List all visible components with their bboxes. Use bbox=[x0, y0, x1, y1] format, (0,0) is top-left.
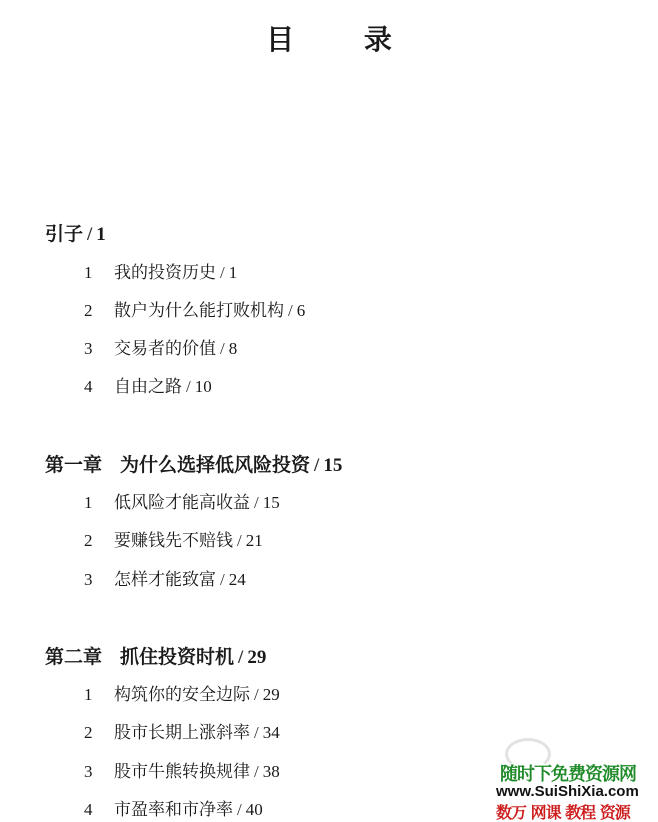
toc-item[interactable]: 4市盈率和市净率/40 bbox=[84, 795, 263, 820]
toc-item[interactable]: 1低风险才能高收益/15 bbox=[84, 488, 280, 513]
item-number: 2 bbox=[84, 723, 114, 743]
item-number: 1 bbox=[84, 493, 114, 513]
separator: / bbox=[237, 800, 242, 819]
item-number: 3 bbox=[84, 762, 114, 782]
separator: / bbox=[87, 224, 92, 245]
item-title: 股市牛熊转换规律 bbox=[114, 762, 250, 782]
toc-item[interactable]: 2要赚钱先不赔钱/21 bbox=[84, 526, 263, 551]
toc-item[interactable]: 3怎样才能致富/24 bbox=[84, 565, 246, 590]
item-title: 散户为什么能打败机构 bbox=[114, 301, 284, 321]
item-title: 股市长期上涨斜率 bbox=[114, 723, 250, 743]
chapter-name: 为什么选择低风险投资 bbox=[120, 454, 310, 476]
page-title: 目 录 bbox=[0, 18, 658, 58]
item-page: 29 bbox=[263, 685, 280, 704]
item-page: 8 bbox=[229, 339, 238, 358]
separator: / bbox=[288, 301, 293, 320]
chapter-name: 抓住投资时机 bbox=[120, 646, 234, 668]
toc-item[interactable]: 3交易者的价值/8 bbox=[84, 334, 237, 359]
separator: / bbox=[237, 531, 242, 550]
item-title: 怎样才能致富 bbox=[114, 570, 216, 590]
separator: / bbox=[186, 377, 191, 396]
separator: / bbox=[220, 339, 225, 358]
chapter-heading-2[interactable]: 第二章抓住投资时机/29 bbox=[45, 642, 266, 669]
item-page: 34 bbox=[263, 723, 280, 742]
toc-item[interactable]: 3股市牛熊转换规律/38 bbox=[84, 757, 280, 782]
item-page: 1 bbox=[229, 263, 238, 282]
separator: / bbox=[254, 762, 259, 781]
item-title: 市盈率和市净率 bbox=[114, 800, 233, 820]
item-number: 1 bbox=[84, 685, 114, 705]
item-number: 1 bbox=[84, 263, 114, 283]
item-number: 3 bbox=[84, 570, 114, 590]
item-title: 低风险才能高收益 bbox=[114, 493, 250, 513]
chapter-page: 1 bbox=[96, 224, 106, 245]
separator: / bbox=[254, 685, 259, 704]
item-number: 2 bbox=[84, 531, 114, 551]
item-title: 我的投资历史 bbox=[114, 263, 216, 283]
chapter-label: 第一章 bbox=[45, 454, 102, 476]
item-number: 2 bbox=[84, 301, 114, 321]
separator: / bbox=[254, 493, 259, 512]
toc-item[interactable]: 1我的投资历史/1 bbox=[84, 258, 237, 283]
item-page: 24 bbox=[229, 570, 246, 589]
toc-item[interactable]: 2散户为什么能打败机构/6 bbox=[84, 296, 305, 321]
item-page: 10 bbox=[195, 377, 212, 396]
separator: / bbox=[220, 570, 225, 589]
chapter-heading-intro[interactable]: 引子/1 bbox=[45, 219, 106, 246]
chapter-page: 15 bbox=[323, 455, 342, 476]
separator: / bbox=[238, 647, 243, 668]
toc-item[interactable]: 2股市长期上涨斜率/34 bbox=[84, 718, 280, 743]
item-page: 15 bbox=[263, 493, 280, 512]
separator: / bbox=[314, 455, 319, 476]
item-title: 要赚钱先不赔钱 bbox=[114, 531, 233, 551]
toc-item[interactable]: 4自由之路/10 bbox=[84, 372, 212, 397]
chapter-heading-1[interactable]: 第一章为什么选择低风险投资/15 bbox=[45, 450, 342, 477]
chapter-label: 第二章 bbox=[45, 646, 102, 668]
item-number: 3 bbox=[84, 339, 114, 359]
chapter-page: 29 bbox=[247, 647, 266, 668]
item-page: 40 bbox=[246, 800, 263, 819]
separator: / bbox=[220, 263, 225, 282]
item-title: 交易者的价值 bbox=[114, 339, 216, 359]
item-number: 4 bbox=[84, 377, 114, 397]
item-number: 4 bbox=[84, 800, 114, 820]
chapter-label: 引子 bbox=[45, 223, 83, 245]
item-page: 21 bbox=[246, 531, 263, 550]
watermark-url: www.SuiShiXia.com bbox=[496, 783, 639, 800]
item-page: 6 bbox=[297, 301, 306, 320]
toc-item[interactable]: 1构筑你的安全边际/29 bbox=[84, 680, 280, 705]
item-title: 自由之路 bbox=[114, 377, 182, 397]
item-page: 38 bbox=[263, 762, 280, 781]
item-title: 构筑你的安全边际 bbox=[114, 685, 250, 705]
separator: / bbox=[254, 723, 259, 742]
watermark-line3: 数万 网课 教程 资源 bbox=[496, 800, 630, 822]
